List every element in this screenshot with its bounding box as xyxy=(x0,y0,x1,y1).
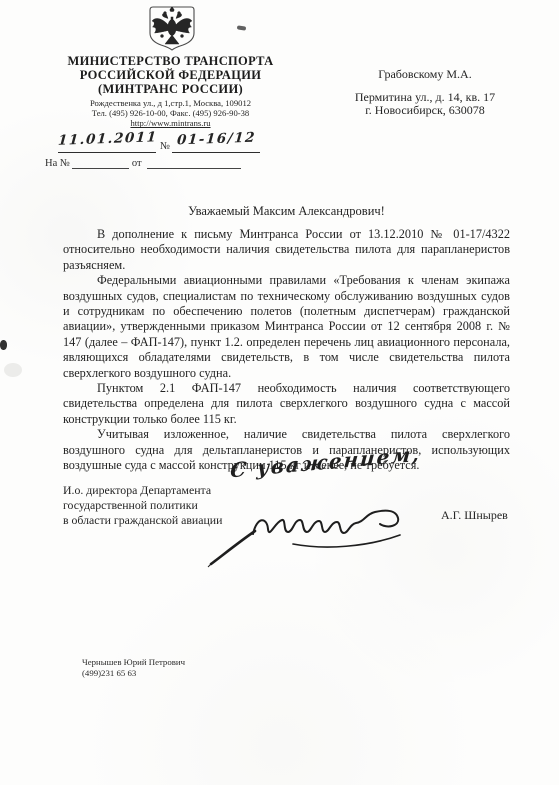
outgoing-number-field: 01-16/12 xyxy=(172,131,260,153)
letterhead-address: Рождественка ул., д 1,стр.1, Москва, 109… xyxy=(28,98,313,129)
contact-phone: (499)231 65 63 xyxy=(82,668,185,679)
footer-contact: Чернышев Юрий Петрович (499)231 65 63 xyxy=(82,657,185,679)
letterhead-website: http://www.mintrans.ru xyxy=(28,118,313,128)
paragraph-2: Федеральными авиационными правилами «Тре… xyxy=(63,273,510,381)
scan-ink-speck xyxy=(0,340,7,350)
letter-body: В дополнение к письму Минтранса России о… xyxy=(63,227,510,474)
reply-reference-row: На № от xyxy=(45,155,241,169)
number-sign-label: № xyxy=(160,141,170,152)
reply-from-label: от xyxy=(132,158,144,169)
russian-coat-of-arms-icon xyxy=(146,4,198,52)
paragraph-1: В дополнение к письму Минтранса России о… xyxy=(63,227,510,273)
org-line-1: МИНИСТЕРСТВО ТРАНСПОРТА xyxy=(28,54,313,68)
scan-ink-dash xyxy=(237,25,247,30)
reply-number-blank xyxy=(72,156,129,169)
paragraph-3: Пунктом 2.1 ФАП-147 необходимость наличи… xyxy=(63,381,510,427)
recipient-street: Пермитина ул., д. 14, кв. 17 xyxy=(305,91,545,105)
outgoing-date-field: 11.01.2011 xyxy=(58,131,156,153)
handwritten-number: 01-16/12 xyxy=(176,130,256,149)
org-line-2: РОССИЙСКОЙ ФЕДЕРАЦИИ xyxy=(28,68,313,82)
reply-date-blank xyxy=(147,156,241,169)
handwritten-regards: С уважением, xyxy=(230,450,422,475)
signer-name: А.Г. Шнырев xyxy=(441,508,508,523)
reply-number-label: На № xyxy=(45,158,72,169)
recipient-name: Грабовскому М.А. xyxy=(305,68,545,82)
recipient-block: Грабовскому М.А. Пермитина ул., д. 14, к… xyxy=(305,68,545,118)
org-line-3: (МИНТРАНС РОССИИ) xyxy=(28,82,313,96)
letterhead-street: Рождественка ул., д 1,стр.1, Москва, 109… xyxy=(28,98,313,108)
contact-name: Чернышев Юрий Петрович xyxy=(82,657,185,668)
recipient-city: г. Новосибирск, 630078 xyxy=(305,104,545,118)
letterhead-phone: Тел. (495) 926-10-00, Факс. (495) 926-90… xyxy=(28,108,313,118)
handwritten-date: 11.01.2011 xyxy=(57,129,158,149)
scan-smudge xyxy=(4,363,22,377)
scanned-letter-page: МИНИСТЕРСТВО ТРАНСПОРТА РОССИЙСКОЙ ФЕДЕР… xyxy=(0,0,559,785)
letterhead-org-name: МИНИСТЕРСТВО ТРАНСПОРТА РОССИЙСКОЙ ФЕДЕР… xyxy=(28,54,313,96)
salutation: Уважаемый Максим Александрович! xyxy=(63,204,510,219)
handwritten-signature-icon xyxy=(195,488,450,568)
